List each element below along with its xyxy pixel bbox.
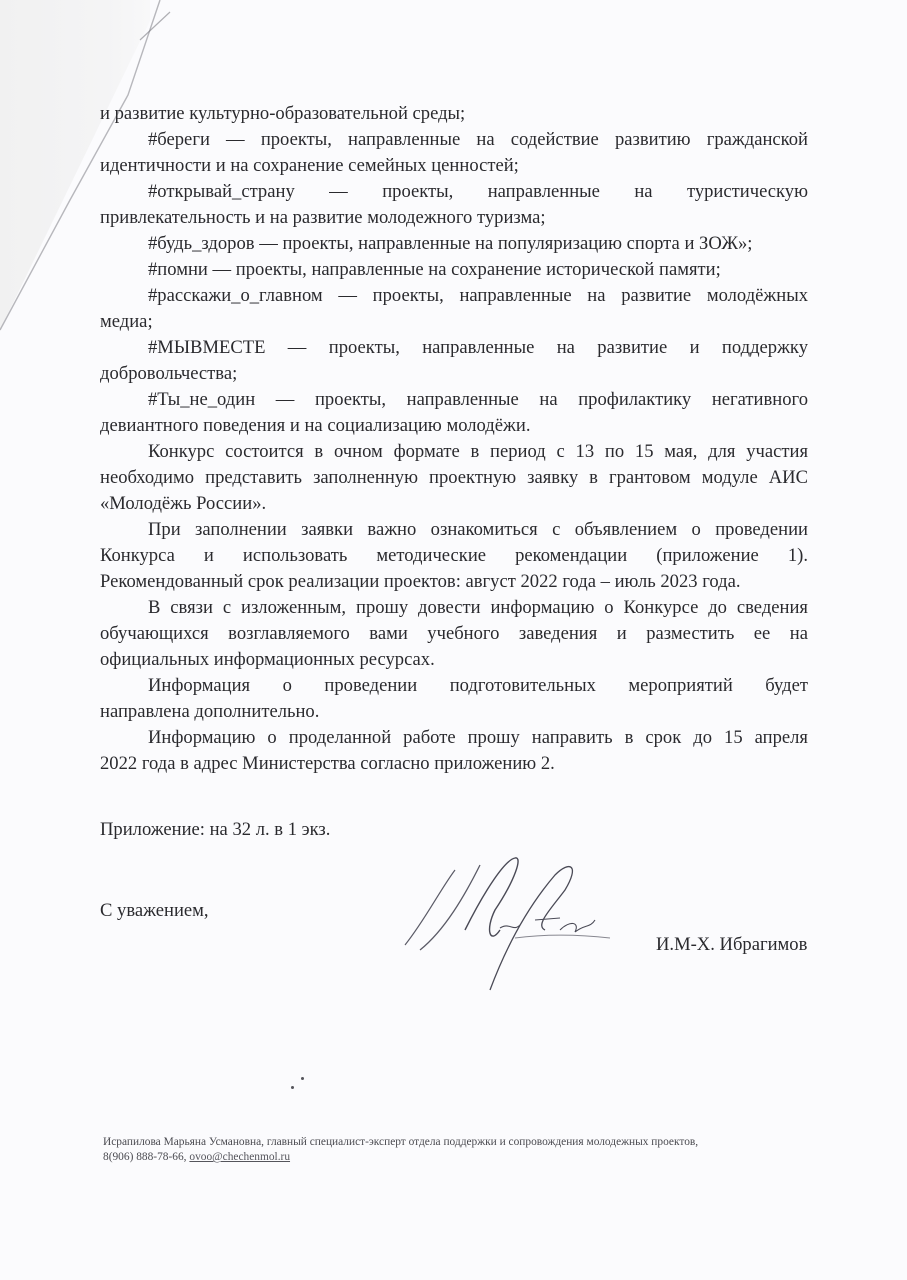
body-text-line: официальных информационных ресурсах. xyxy=(100,647,808,673)
contact-person-line: Исрапилова Марьяна Усмановна, главный сп… xyxy=(103,1135,698,1150)
body-text-line: направлена дополнительно. xyxy=(100,699,808,725)
scan-speck xyxy=(301,1077,304,1080)
body-text-line: идентичности и на сохранение семейных це… xyxy=(100,153,808,179)
body-text-line: медиа; xyxy=(100,309,808,335)
body-text-line: Конкурса и использовать методические рек… xyxy=(100,543,808,569)
attachment-note: Приложение: на 32 л. в 1 экз. xyxy=(100,819,330,841)
body-text-line: Информацию о проделанной работе прошу на… xyxy=(100,725,808,751)
body-text-line: привлекательность и на развитие молодежн… xyxy=(100,205,808,231)
closing-salutation: С уважением, xyxy=(100,900,209,922)
body-text-line: #будь_здоров — проекты, направленные на … xyxy=(100,231,808,257)
body-text-line: #Ты_не_один — проекты, направленные на п… xyxy=(100,387,808,413)
body-text-line: Рекомендованный срок реализации проектов… xyxy=(100,569,808,595)
signer-name: И.М-Х. Ибрагимов xyxy=(656,934,807,956)
scanned-letter-page: и развитие культурно-образовательной сре… xyxy=(0,0,907,1280)
body-text-line: При заполнении заявки важно ознакомиться… xyxy=(100,517,808,543)
contact-email-link[interactable]: ovoo@chechenmol.ru xyxy=(189,1151,290,1163)
body-text-line: #открывай_страну — проекты, направленные… xyxy=(100,179,808,205)
body-text-line: Конкурс состоится в очном формате в пери… xyxy=(100,439,808,465)
body-text-line: «Молодёжь России». xyxy=(100,491,808,517)
letter-body: и развитие культурно-образовательной сре… xyxy=(100,101,808,777)
contact-phone-email-line: 8(906) 888-78-66, ovoo@chechenmol.ru xyxy=(103,1150,698,1165)
body-text-line: В связи с изложенным, прошу довести инфо… xyxy=(100,595,808,621)
body-text-line: #береги — проекты, направленные на содей… xyxy=(100,127,808,153)
body-text-line: #МЫВМЕСТЕ — проекты, направленные на раз… xyxy=(100,335,808,361)
body-text-line: добровольчества; xyxy=(100,361,808,387)
body-text-line: девиантного поведения и на социализацию … xyxy=(100,413,808,439)
body-text-line: обучающихся возглавляемого вами учебного… xyxy=(100,621,808,647)
body-text-line: Информация о проведении подготовительных… xyxy=(100,673,808,699)
handwritten-signature xyxy=(395,850,635,1000)
contact-footer: Исрапилова Марьяна Усмановна, главный сп… xyxy=(103,1135,698,1165)
body-text-line: #помни — проекты, направленные на сохран… xyxy=(100,257,808,283)
body-text-line: необходимо представить заполненную проек… xyxy=(100,465,808,491)
body-text-line: и развитие культурно-образовательной сре… xyxy=(100,101,808,127)
scan-speck xyxy=(291,1086,294,1089)
contact-phone: 8(906) 888-78-66, xyxy=(103,1151,187,1163)
body-text-line: #расскажи_о_главном — проекты, направлен… xyxy=(100,283,808,309)
body-text-line: 2022 года в адрес Министерства согласно … xyxy=(100,751,808,777)
